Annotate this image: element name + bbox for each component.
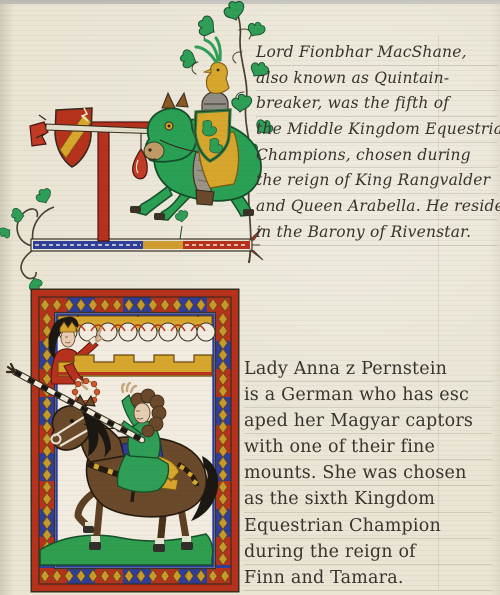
quintain-illustration: A knight in a gold surcoat and crested h… <box>0 0 270 292</box>
manuscript-line: mounts. She was chosen <box>244 460 492 486</box>
manuscript-line: and Queen Arabella. He resides <box>256 194 497 220</box>
knight <box>193 38 238 205</box>
manuscript-page: A knight in a gold surcoat and crested h… <box>0 0 500 595</box>
manuscript-line: the Middle Kingdom Equestrian <box>256 117 497 143</box>
manuscript-line: Equestrian Champion <box>244 513 492 539</box>
manuscript-line: during the reign of <box>244 539 492 565</box>
manuscript-line: Finn and Tamara. <box>244 565 492 591</box>
manuscript-line: Lord Fionbhar MacShane, <box>256 40 497 66</box>
manuscript-line: in the Barony of Rivenstar. <box>256 220 497 246</box>
manuscript-line: as the sixth Kingdom <box>244 486 492 512</box>
manuscript-line: with one of their fine <box>244 434 492 460</box>
manuscript-line: breaker, was the fifth of <box>256 91 497 117</box>
manuscript-line: aped her Magyar captors <box>244 408 492 434</box>
bar-border <box>0 187 263 292</box>
fionbhar-text-block: Lord Fionbhar MacShane, also known as Qu… <box>256 40 497 246</box>
manuscript-line: Champions, chosen during <box>256 143 497 169</box>
wreath-illustration: Codex-Manesse-style miniature: a lady in… <box>10 288 240 593</box>
crest-plume <box>196 38 220 62</box>
manuscript-line: the reign of King Rangvalder <box>256 168 497 194</box>
manuscript-line: also known as Quintain- <box>256 66 497 92</box>
manuscript-line: is a German who has esc <box>244 382 492 408</box>
broken-fragment <box>30 122 48 146</box>
anna-text-block: Lady Anna z Pernstein is a German who ha… <box>244 356 492 591</box>
helm-crest <box>206 62 229 93</box>
manuscript-line: Lady Anna z Pernstein <box>244 356 492 382</box>
